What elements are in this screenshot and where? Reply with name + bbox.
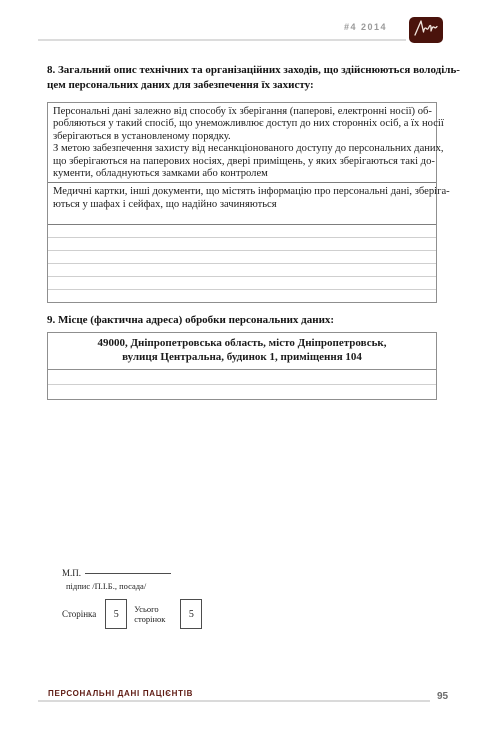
page-label: Сторінка: [62, 609, 96, 619]
signature-caption: підпис /П.І.Б., посада/: [66, 581, 146, 591]
empty-table-row: [48, 277, 436, 290]
cell-text-line: що зберігаються на паперових носіях, две…: [53, 156, 431, 168]
empty-table-row: [48, 290, 436, 302]
address-line: вулиця Центральна, будинок 1, приміщення…: [54, 351, 430, 365]
section9-heading: 9. Місце (фактична адреса) обробки персо…: [47, 313, 439, 328]
empty-table-row: [48, 385, 436, 399]
table-row: Персональні дані залежно від способу їх …: [48, 103, 436, 183]
cell-text-line: зберігаються в установленому порядку.: [53, 131, 431, 143]
signature-line: [85, 572, 171, 574]
stamp-row: М.П.: [62, 568, 171, 578]
total-label-line: Усього: [134, 604, 165, 615]
total-pages-label: Усього сторінок: [134, 604, 165, 625]
empty-table-row: [48, 251, 436, 264]
address-line: 49000, Дніпропетровська область, місто Д…: [54, 337, 430, 351]
cell-text-line: кументи, обладнуються замками або контро…: [53, 168, 431, 180]
cell-text-line: Медичні картки, інші документи, що містя…: [53, 186, 431, 198]
issue-label: #4 2014: [344, 22, 387, 32]
cell-text-line: ються у шафах і сейфах, що надійно зачин…: [53, 199, 431, 211]
empty-table-row: [48, 370, 436, 385]
table-row-address: 49000, Дніпропетровська область, місто Д…: [48, 333, 436, 370]
cell-text-line: робляються у такий спосіб, що унеможливл…: [53, 118, 431, 130]
section8-heading-line: 8. Загальний опис технічних та організац…: [47, 63, 439, 78]
footer-section-title: ПЕРСОНАЛЬНІ ДАНІ ПАЦІЄНТІВ: [48, 689, 193, 698]
section9-table: 49000, Дніпропетровська область, місто Д…: [47, 332, 437, 400]
empty-table-row: [48, 264, 436, 277]
cell-text-line: З метою забезпечення захисту від несанкц…: [53, 143, 431, 155]
footer-divider: [38, 700, 430, 702]
page-number: 95: [437, 691, 448, 702]
cell-text-line: Персональні дані залежно від способу їх …: [53, 106, 431, 118]
table-row: Медичні картки, інші документи, що містя…: [48, 183, 436, 225]
empty-table-row: [48, 225, 436, 238]
pagination-block: Сторінка 5 Усього сторінок 5: [62, 599, 202, 629]
section8-heading-line: цем персональних даних для забезпечення …: [47, 78, 439, 93]
stamp-label: М.П.: [62, 568, 81, 578]
page-number-box: 5: [105, 599, 127, 629]
header-divider: [38, 39, 406, 41]
journal-document-page: #4 2014 8. Загальний опис технічних та о…: [0, 0, 482, 738]
signature-monogram-icon: [412, 18, 440, 43]
journal-logo: [409, 17, 443, 43]
total-label-line: сторінок: [134, 614, 165, 625]
empty-table-row: [48, 238, 436, 251]
section8-heading: 8. Загальний опис технічних та організац…: [47, 63, 439, 93]
total-pages-box: 5: [180, 599, 202, 629]
section8-table: Персональні дані залежно від способу їх …: [47, 102, 437, 303]
